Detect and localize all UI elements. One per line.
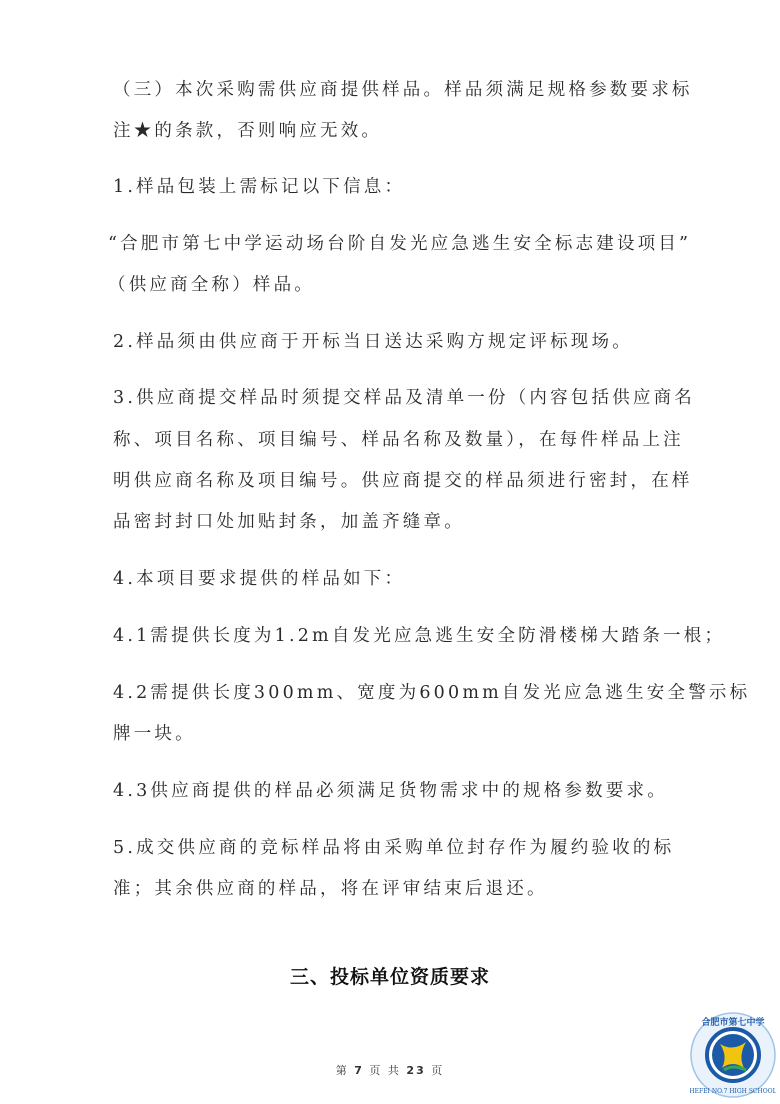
paragraph-line: 准；其余供应商的样品，将在评审结束后退还。: [113, 877, 548, 901]
paragraph-line: 牌一块。: [113, 722, 196, 746]
paragraph-line: 2.样品须由供应商于开标当日送达采购方规定评标现场。: [113, 330, 633, 354]
document-page: （三）本次采购需供应商提供样品。样品须满足规格参数要求标 注★的条款，否则响应无…: [0, 0, 780, 1104]
paragraph-line: 3.供应商提交样品时须提交样品及清单一份（内容包括供应商名: [113, 386, 695, 410]
total-page-count: 23: [406, 1064, 425, 1077]
footer-suffix: 页: [431, 1064, 444, 1077]
paragraph-line: 4.3供应商提供的样品必须满足货物需求中的规格参数要求。: [113, 779, 668, 803]
paragraph-line: 注★的条款，否则响应无效。: [113, 119, 382, 143]
paragraph-line: 4.2需提供长度300mm、宽度为600mm自发光应急逃生安全警示标: [113, 681, 750, 705]
paragraph-line: 5.成交供应商的竞标样品将由采购单位封存作为履约验收的标: [113, 836, 674, 860]
section-heading: 三、投标单位资质要求: [0, 962, 780, 989]
paragraph-line: （三）本次采购需供应商提供样品。样品须满足规格参数要求标: [113, 78, 693, 102]
paragraph-line: 明供应商名称及项目编号。供应商提交的样品须进行密封，在样: [113, 469, 693, 493]
svg-text:HEFEI NO.7 HIGH SCHOOL: HEFEI NO.7 HIGH SCHOOL: [690, 1088, 776, 1095]
paragraph-line: “合肥市第七中学运动场台阶自发光应急逃生安全标志建设项目”: [108, 232, 691, 256]
school-emblem-icon: 合肥市第七中学 HEFEI NO.7 HIGH SCHOOL: [690, 1012, 776, 1098]
paragraph-line: 4.1需提供长度为1.2m自发光应急逃生安全防滑楼梯大踏条一根；: [113, 624, 725, 648]
page-footer: 第 7 页 共 23 页: [0, 1062, 780, 1078]
paragraph-line: 4.本项目要求提供的样品如下：: [113, 567, 405, 591]
paragraph-line: 称、项目名称、项目编号、样品名称及数量），在每件样品上注: [113, 428, 684, 452]
paragraph-line: （供应商全称）样品。: [108, 273, 315, 297]
school-logo: 合肥市第七中学 HEFEI NO.7 HIGH SCHOOL: [690, 1012, 776, 1098]
current-page-number: 7: [354, 1064, 364, 1077]
paragraph-line: 品密封封口处加贴封条，加盖齐缝章。: [113, 510, 465, 534]
footer-prefix: 第: [336, 1064, 349, 1077]
footer-middle: 页 共: [369, 1064, 401, 1077]
paragraph-line: 1.样品包装上需标记以下信息：: [113, 175, 405, 199]
svg-text:合肥市第七中学: 合肥市第七中学: [701, 1016, 764, 1028]
